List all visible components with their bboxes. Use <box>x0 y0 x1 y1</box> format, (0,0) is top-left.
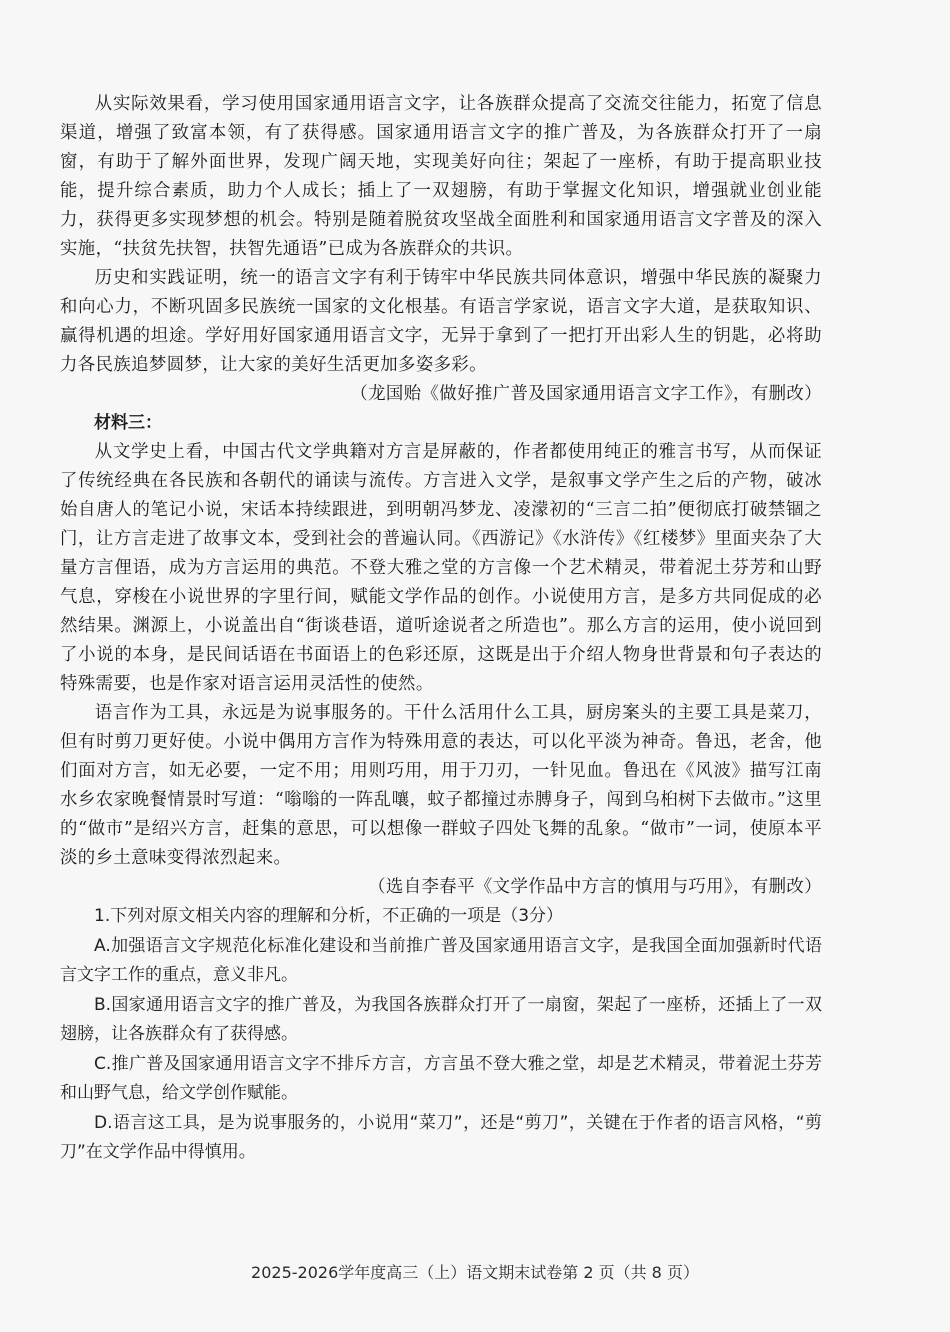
paragraph: 从文学史上看，中国古代文学典籍对方言是屏蔽的，作者都使用纯正的雅言书写，从而保证… <box>60 438 822 699</box>
exam-page: 从实际效果看，学习使用国家通用语言文字，让各族群众提高了交流交往能力，拓宽了信息… <box>60 90 822 1168</box>
source-citation: （龙国贻《做好推广普及国家通用语言文字工作》，有删改） <box>60 380 822 409</box>
section-title: 材料三： <box>60 409 822 438</box>
option-c: C.推广普及国家通用语言文字不排斥方言，方言虽不登大雅之堂，却是艺术精灵，带着泥… <box>60 1050 822 1109</box>
question-1: 1.下列对原文相关内容的理解和分析，不正确的一项是（3分） A.加强语言文字规范… <box>60 902 822 1168</box>
material-two-continued: 从实际效果看，学习使用国家通用语言文字，让各族群众提高了交流交往能力，拓宽了信息… <box>60 90 822 409</box>
source-citation: （选自李春平《文学作品中方言的慎用与巧用》，有删改） <box>60 873 822 902</box>
paragraph: 语言作为工具，永远是为说事服务的。干什么活用什么工具，厨房案头的主要工具是菜刀，… <box>60 699 822 873</box>
option-d: D.语言这工具，是为说事服务的，小说用“菜刀”，还是“剪刀”，关键在于作者的语言… <box>60 1109 822 1168</box>
paragraph: 从实际效果看，学习使用国家通用语言文字，让各族群众提高了交流交往能力，拓宽了信息… <box>60 90 822 264</box>
material-three: 材料三： 从文学史上看，中国古代文学典籍对方言是屏蔽的，作者都使用纯正的雅言书写… <box>60 409 822 902</box>
question-stem: 1.下列对原文相关内容的理解和分析，不正确的一项是（3分） <box>60 902 822 932</box>
option-b: B.国家通用语言文字的推广普及，为我国各族群众打开了一扇窗，架起了一座桥，还插上… <box>60 991 822 1050</box>
page-footer: 2025-2026学年度高三（上）语文期末试卷第 2 页（共 8 页） <box>0 1260 950 1283</box>
option-a: A.加强语言文字规范化标准化建设和当前推广普及国家通用语言文字，是我国全面加强新… <box>60 932 822 991</box>
paragraph: 历史和实践证明，统一的语言文字有利于铸牢中华民族共同体意识，增强中华民族的凝聚力… <box>60 264 822 380</box>
